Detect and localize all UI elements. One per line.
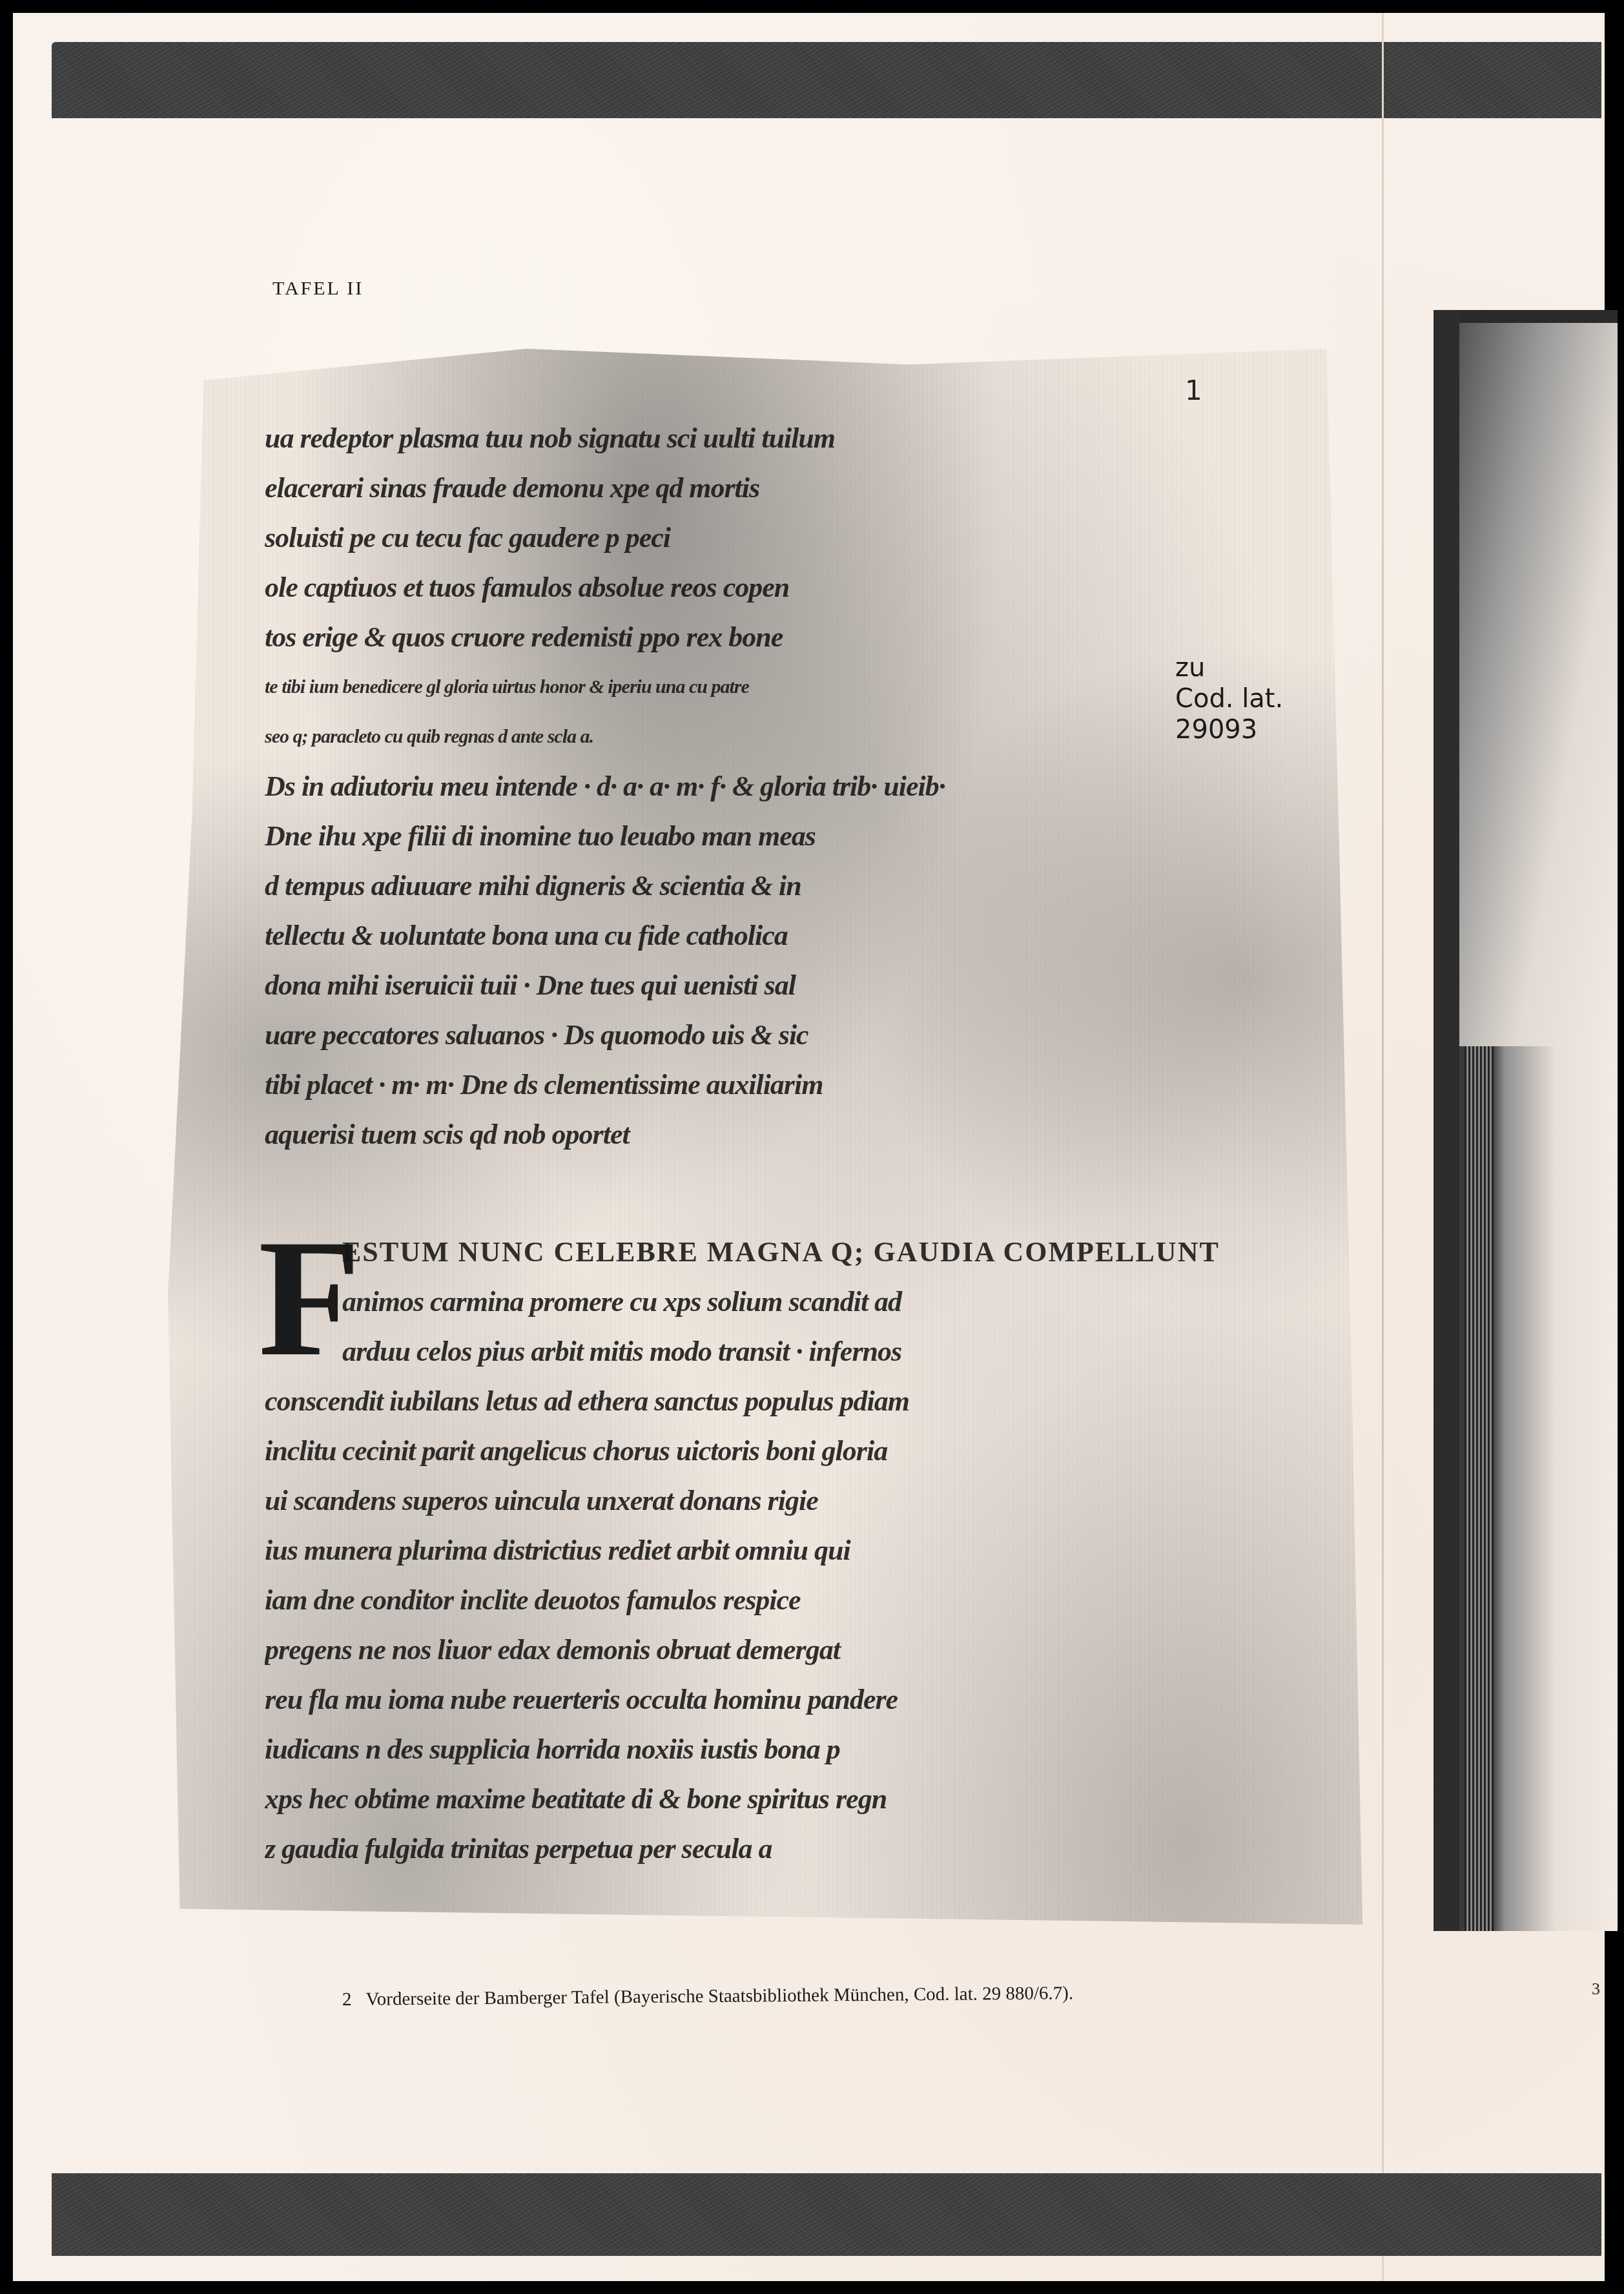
manuscript-line: ESTUM NUNC CELEBRE MAGNA Q; GAUDIA COMPE… (265, 1227, 1285, 1277)
caption-text: Vorderseite der Bamberger Tafel (Bayeris… (365, 1983, 1073, 2010)
figure-caption: 2Vorderseite der Bamberger Tafel (Bayeri… (342, 1983, 1073, 2010)
manuscript-line: conscendit iubilans letus ad ethera sanc… (265, 1376, 1285, 1426)
manuscript-line: z gaudia fulgida trinitas perpetua per s… (265, 1824, 1285, 1874)
manuscript-line: te tibi ium benedicere gl gloria uirtus … (265, 662, 1272, 712)
book-spine (1465, 1046, 1494, 1931)
manuscript-line: aquerisi tuem scis qd nob oportet (265, 1110, 1272, 1159)
manuscript-line: uare peccatores saluanos · Ds quomodo ui… (265, 1010, 1272, 1060)
manuscript-line: elacerari sinas fraude demonu xpe qd mor… (265, 463, 1272, 513)
page-number: 3 (1592, 1979, 1600, 1999)
manuscript-line: Ds in adiutoriu meu intende · d· a· a· m… (265, 761, 1272, 811)
manuscript-line: xps hec obtime maxime beatitate di & bon… (265, 1774, 1285, 1824)
annotation-line: 29093 (1175, 714, 1283, 745)
manuscript-line: inclitu cecinit parit angelicus chorus u… (265, 1426, 1285, 1476)
folio-marker: 1 (1185, 375, 1202, 406)
manuscript-line: ius munera plurima districtius rediet ar… (265, 1525, 1285, 1575)
manuscript-text-block-2: ESTUM NUNC CELEBRE MAGNA Q; GAUDIA COMPE… (265, 1227, 1285, 1874)
top-dark-bar (52, 42, 1601, 118)
manuscript-line: reu fla mu ioma nube reuerteris occulta … (265, 1675, 1285, 1724)
scanned-page: TAFEL II 1 ua redeptor plasma tuu nob si… (13, 13, 1605, 2281)
manuscript-line: tos erige & quos cruore redemisti ppo re… (265, 612, 1272, 662)
manuscript-line: arduu celos pius arbit mitis modo transi… (265, 1327, 1285, 1376)
manuscript-line: ua redeptor plasma tuu nob signatu sci u… (265, 413, 1272, 463)
margin-annotation: zu Cod. lat. 29093 (1175, 652, 1283, 745)
page-seam (1382, 13, 1384, 2281)
bottom-dark-bar (52, 2173, 1601, 2256)
book-photo-upper (1459, 310, 1618, 1046)
manuscript-line: Dne ihu xpe filii di inomine tuo leuabo … (265, 811, 1272, 861)
manuscript-line: animos carmina promere cu xps solium sca… (265, 1277, 1285, 1327)
annotation-line: Cod. lat. (1175, 683, 1283, 714)
manuscript-photo: 1 ua redeptor plasma tuu nob signatu sci… (168, 349, 1362, 1925)
figure-number: 2 (342, 1989, 352, 2010)
manuscript-line: soluisti pe cu tecu fac gaudere p peci (265, 513, 1272, 563)
manuscript-line: dona mihi iseruicii tuii · Dne tues qui … (265, 960, 1272, 1010)
manuscript-line: pregens ne nos liuor edax demonis obruat… (265, 1625, 1285, 1675)
annotation-line: zu (1175, 652, 1283, 683)
manuscript-line: d tempus adiuuare mihi digneris & scient… (265, 861, 1272, 911)
manuscript-line: iam dne conditor inclite deuotos famulos… (265, 1575, 1285, 1625)
manuscript-line: iudicans n des supplicia horrida noxiis … (265, 1724, 1285, 1774)
manuscript-line: ui scandens superos uincula unxerat dona… (265, 1476, 1285, 1525)
manuscript-line: seo q; paracleto cu quib regnas d ante s… (265, 712, 1272, 761)
manuscript-text-block-1: ua redeptor plasma tuu nob signatu sci u… (265, 413, 1272, 1159)
manuscript-line: ole captiuos et tuos famulos absolue reo… (265, 563, 1272, 612)
manuscript-line: tibi placet · m· m· Dne ds clementissime… (265, 1060, 1272, 1110)
manuscript-line: tellectu & uoluntate bona una cu fide ca… (265, 911, 1272, 960)
bound-book-photo (1434, 310, 1618, 1931)
plate-label: TAFEL II (272, 278, 364, 300)
